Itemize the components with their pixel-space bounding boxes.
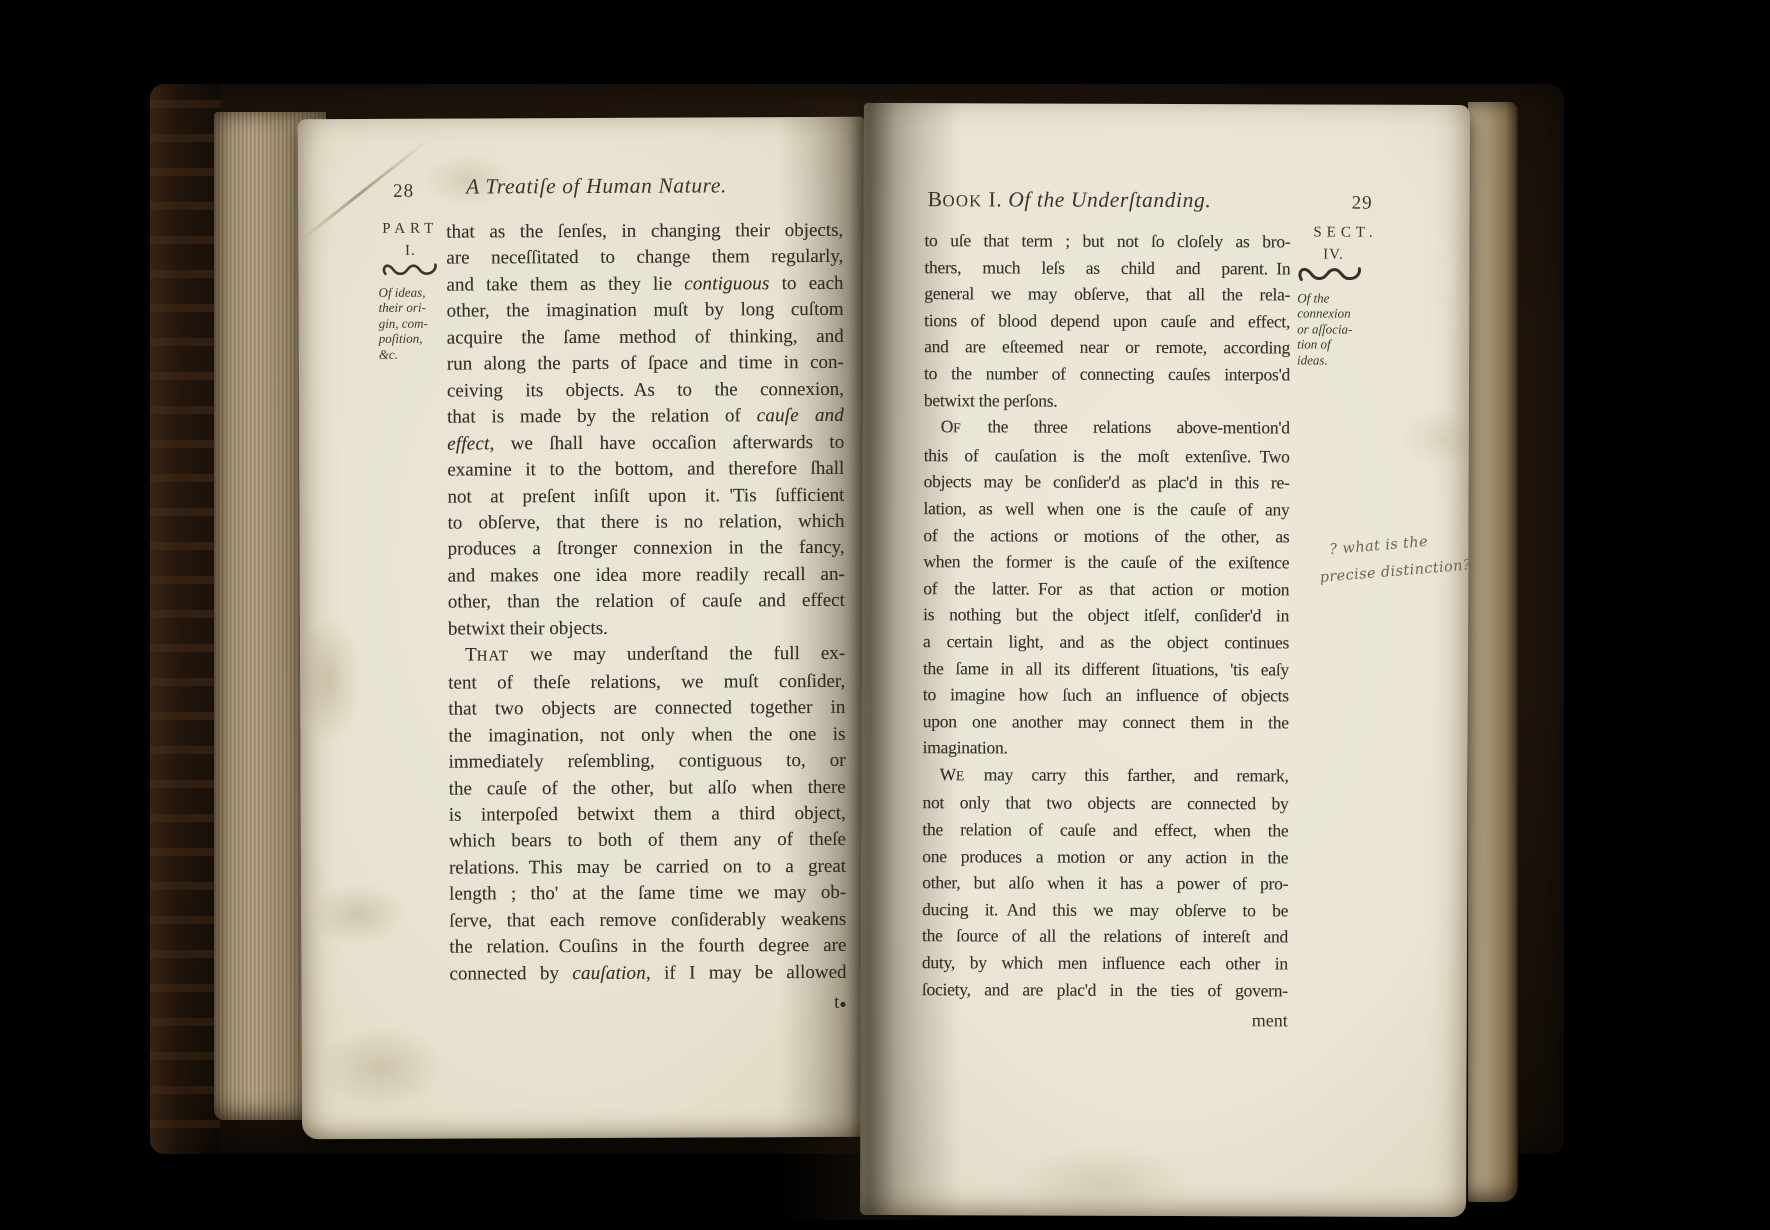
sidenote-line: ideas. — [1297, 352, 1393, 368]
text-line: of the latter. For as that action or mot… — [923, 575, 1289, 603]
text-line: to obſerve, that there is no relation, w… — [447, 509, 844, 537]
left-sidenote: PART I. Of ideas,their ori-gin, com-poſi… — [376, 221, 445, 362]
left-page: 28 A Treatiſe of Human Nature. PART I. O… — [298, 117, 868, 1139]
text-line: of the actions or motions of the other, … — [923, 522, 1289, 550]
text-line: when the former is the cauſe of the exiſ… — [923, 548, 1289, 576]
text-line: the ſame in all its different ſituations… — [923, 655, 1289, 683]
sidenote-line: Of ideas, — [379, 285, 445, 301]
text-line: the relation. Couſins in the fourth degr… — [449, 933, 846, 961]
right-sidenote-numeral: IV. — [1297, 246, 1369, 263]
left-sidenote-heading: PART — [376, 221, 444, 238]
text-line: imagination. — [923, 734, 1289, 762]
left-body-text: that as the ſenſes, in changing their ob… — [446, 218, 846, 988]
text-line: thers, much leſs as child and parent. In — [924, 254, 1290, 282]
text-line: which bears to both of them any of theſe — [449, 827, 846, 855]
text-line: WE may carry this farther, and remark, — [923, 761, 1289, 791]
text-line: other, but alſo when it has a power of p… — [922, 869, 1288, 897]
text-line: run along the parts of ſpace and time in… — [447, 350, 844, 378]
text-line: to the number of connecting cauſes inter… — [924, 360, 1290, 388]
text-line: connected by cauſation, if I may be allo… — [449, 960, 846, 988]
text-line: that is made by the relation of cauſe an… — [447, 403, 844, 431]
text-line: is nothing but the object itſelf, conſid… — [923, 601, 1289, 629]
text-line: tions of blood depend upon cauſe and eff… — [924, 307, 1290, 335]
right-running-title: BOOK I. Of the Underſtanding. — [928, 187, 1212, 213]
text-line: this of cauſation is the moſt extenſive.… — [924, 442, 1290, 470]
text-line: the ſource of all the relations of inter… — [922, 923, 1288, 951]
text-line: general we may obſerve, that all the rel… — [924, 280, 1290, 308]
text-line: is interpoſed betwixt them a third objec… — [449, 801, 846, 829]
text-line: upon one another may connect them in the — [923, 708, 1289, 736]
text-line: one produces a motion or any action in t… — [922, 843, 1288, 871]
text-line: and makes one idea more readily recall a… — [448, 562, 845, 590]
text-line: the imagination, not only when the one i… — [448, 721, 845, 749]
text-line: produces a ſtronger connexion in the fan… — [448, 535, 845, 563]
right-header-title: Of the Underſtanding. — [1008, 187, 1211, 212]
text-line: betwixt the perſons. — [924, 387, 1290, 415]
photograph-of-open-book: 28 A Treatiſe of Human Nature. PART I. O… — [0, 0, 1770, 1230]
right-catchword: ment — [922, 1009, 1288, 1031]
left-running-title: A Treatiſe of Human Nature. — [466, 173, 727, 199]
text-line: ceiving its objects. As to the connexion… — [447, 377, 844, 405]
right-page: BOOK I. Of the Underſtanding. 29 SECT. I… — [860, 103, 1470, 1217]
text-line: and are eſteemed near or remote, accordi… — [924, 334, 1290, 362]
text-line: to uſe that term ; but not ſo cloſely as… — [924, 227, 1290, 255]
text-line: that as the ſenſes, in changing their ob… — [446, 218, 843, 246]
right-body-text: to uſe that term ; but not ſo cloſely as… — [922, 227, 1291, 1003]
text-line: the relation of cauſe and effect, when t… — [922, 816, 1288, 844]
text-line: other, than the relation of cauſe and ef… — [448, 588, 845, 616]
text-line: length ; tho' at the ſame time we may ob… — [449, 880, 846, 908]
left-page-number: 28 — [393, 181, 414, 203]
text-line: the cauſe of the other, but alſo when th… — [449, 774, 846, 802]
sidenote-line: tion of — [1297, 337, 1393, 353]
text-line: that two objects are connected together … — [448, 695, 845, 723]
text-line: other, the imagination muſt by long cuſt… — [447, 297, 844, 325]
sidenote-line: or aſſocia- — [1297, 321, 1393, 337]
text-line: a certain light, and as the object conti… — [923, 628, 1289, 656]
spine-leather-wear — [150, 84, 220, 1154]
text-line: to imagine how ſuch an influence of obje… — [923, 681, 1289, 709]
squiggle-ornament-icon — [376, 262, 444, 283]
right-sidenote: SECT. IV. Of theconnexionor aſſocia-tion… — [1297, 224, 1393, 367]
text-line: examine it to the bottom, and therefore … — [447, 456, 844, 484]
text-line: THAT we may underſtand the full ex- — [448, 641, 845, 670]
right-sidenote-notes: Of theconnexionor aſſocia-tion ofideas. — [1297, 290, 1393, 367]
text-line: objects may be conſider'd as plac'd in t… — [924, 469, 1290, 497]
text-line: acquire the ſame method of thinking, and — [447, 324, 844, 352]
text-line: tent of theſe relations, we muſt conſide… — [448, 669, 845, 697]
right-sidenote-heading: SECT. — [1297, 224, 1393, 241]
right-page-edge-stack — [1468, 102, 1518, 1202]
text-line: effect, we ſhall have occaſion afterward… — [447, 429, 844, 457]
text-line: ſociety, and are plac'd in the ties of g… — [922, 976, 1288, 1004]
text-line: are neceſſitated to change them regularl… — [446, 244, 843, 272]
text-line: not only that two objects are connected … — [922, 790, 1288, 818]
text-line: duty, by which men influence each other … — [922, 949, 1288, 977]
text-line: relations. This may be carried on to a g… — [449, 854, 846, 882]
sidenote-line: Of the — [1297, 290, 1393, 306]
sidenote-line: &c. — [379, 346, 445, 362]
text-line: immediately reſembling, contiguous to, o… — [449, 748, 846, 776]
text-line: OF the three relations above-mention'd — [924, 413, 1290, 443]
text-line: not at preſent inſiſt upon it. 'Tis ſuff… — [447, 482, 844, 510]
right-header-book-label: BOOK I. — [928, 187, 1003, 211]
text-line: and take them as they lie contiguous to … — [446, 271, 843, 299]
handwritten-marginalia: ? what is theprecise distinction? — [1328, 525, 1470, 591]
sidenote-line: connexion — [1297, 306, 1393, 322]
text-line: betwixt their objects. — [448, 615, 845, 643]
left-sidenote-numeral: I. — [376, 243, 444, 260]
sidenote-line: their ori- — [379, 300, 445, 316]
sidenote-line: gin, com- — [379, 315, 445, 331]
book-leather-binding: 28 A Treatiſe of Human Nature. PART I. O… — [150, 84, 1564, 1154]
left-catchword: t● — [450, 992, 847, 1016]
text-line: lation, as well when one is the cauſe of… — [923, 495, 1289, 523]
text-line: ſerve, that each remove conſiderably wea… — [449, 907, 846, 935]
sidenote-line: poſition, — [379, 331, 445, 347]
squiggle-ornament-icon — [1297, 265, 1393, 288]
text-line: ducing it. And this we may obſerve to be — [922, 896, 1288, 924]
right-page-number: 29 — [1352, 193, 1373, 215]
left-sidenote-notes: Of ideas,their ori-gin, com-poſition,&c. — [377, 285, 445, 362]
